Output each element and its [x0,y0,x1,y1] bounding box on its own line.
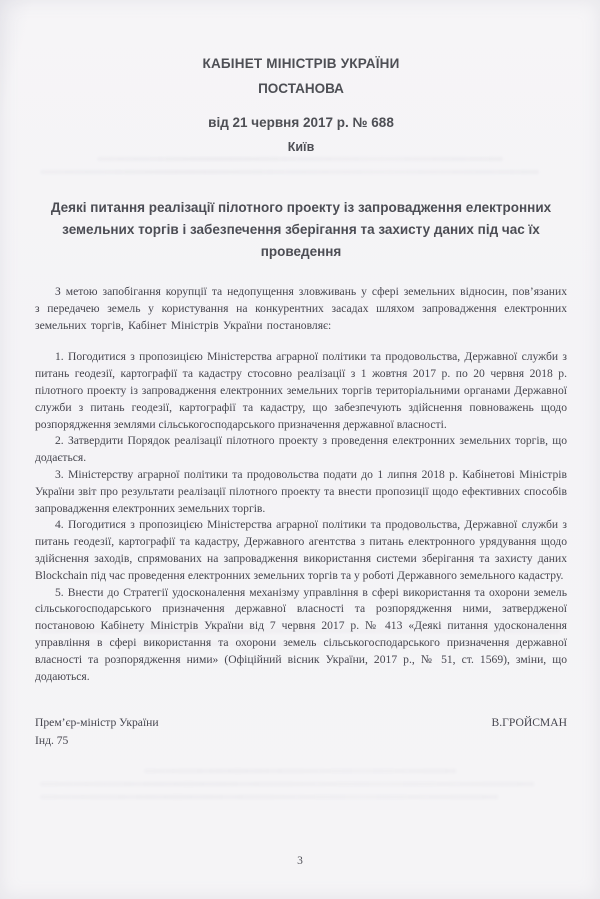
document-city: Київ [35,140,567,154]
document-content: КАБІНЕТ МІНІСТРІВ УКРАЇНИ ПОСТАНОВА від … [0,0,600,747]
signatory-name: В.ГРОЙСМАН [492,716,567,729]
document-header: КАБІНЕТ МІНІСТРІВ УКРАЇНИ ПОСТАНОВА від … [35,56,567,154]
document-date-number: від 21 червня 2017 р. № 688 [35,115,567,130]
clause-3: 3. Міністерству аграрної політики та про… [35,467,567,517]
issuing-authority: КАБІНЕТ МІНІСТРІВ УКРАЇНИ [35,56,567,71]
scanned-document-page: КАБІНЕТ МІНІСТРІВ УКРАЇНИ ПОСТАНОВА від … [0,0,600,899]
bleed-through-artifact [40,760,560,808]
document-body: З метою запобігання корупції та недопуще… [35,284,567,685]
document-title: Деякі питання реалізації пілотного проек… [46,197,556,263]
preamble-paragraph: З метою запобігання корупції та недопуще… [35,284,567,334]
signatory-position: Прем’єр-міністр України [35,716,159,729]
signature-block: Прем’єр-міністр України В.ГРОЙСМАН [35,716,567,729]
clause-4: 4. Погодитися з пропозицією Міністерства… [35,517,567,584]
clause-1: 1. Погодитися з пропозицією Міністерства… [35,349,567,433]
page-number: 3 [0,855,600,867]
document-type: ПОСТАНОВА [35,81,567,96]
clause-5: 5. Внести до Стратегії удосконалення мех… [35,585,567,686]
document-index: Інд. 75 [35,734,567,747]
clause-2: 2. Затвердити Порядок реалізації пілотно… [35,433,567,467]
